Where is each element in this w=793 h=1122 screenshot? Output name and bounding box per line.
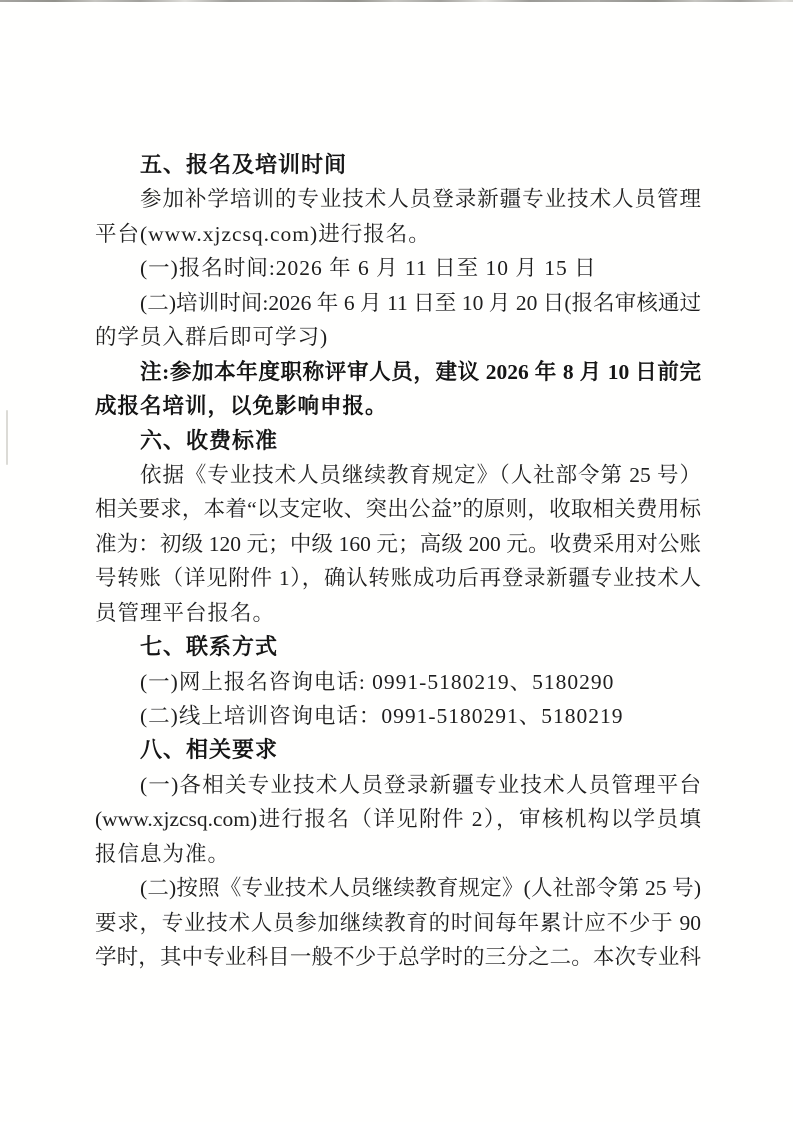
registration-time-item: (一)报名时间:2026 年 6 月 11 日至 10 月 15 日 [95, 251, 701, 285]
requirement-1-line-2: (www.xjzcsq.com)进行报名（详见附件 2），审核机构以学员填 [95, 802, 701, 836]
training-time-item-line-1: (二)培训时间:2026 年 6 月 11 日至 10 月 20 日(报名审核通… [95, 286, 701, 320]
requirement-2-line-1: (二)按照《专业技术人员继续教育规定》(人社部令第 25 号) [95, 871, 701, 905]
document-page: 五、报名及培训时间 参加补学培训的专业技术人员登录新疆专业技术人员管理 平台(w… [0, 0, 793, 1122]
section-5-heading: 五、报名及培训时间 [95, 148, 701, 182]
scan-edge-artifact [0, 0, 793, 2]
training-time-item-line-2: 的学员入群后即可学习) [95, 320, 701, 354]
registration-paragraph-line-2: 平台(www.xjzcsq.com)进行报名。 [95, 217, 701, 251]
section-8-heading: 八、相关要求 [95, 733, 701, 767]
fee-paragraph-line-4: 号转账（详见附件 1），确认转账成功后再登录新疆专业技术人 [95, 561, 701, 595]
deadline-note-line-2: 成报名培训，以免影响申报。 [95, 389, 701, 423]
requirement-1-line-3: 报信息为准。 [95, 837, 701, 871]
contact-online-registration-phone: (一)网上报名咨询电话: 0991-5180219、5180290 [95, 665, 701, 699]
fee-paragraph-line-1: 依据《专业技术人员继续教育规定》（人社部令第 25 号） [95, 458, 701, 492]
document-body: 五、报名及培训时间 参加补学培训的专业技术人员登录新疆专业技术人员管理 平台(w… [95, 148, 701, 975]
requirement-2-line-2: 要求，专业技术人员参加继续教育的时间每年累计应不少于 90 [95, 906, 701, 940]
scan-smudge-artifact [6, 410, 8, 465]
requirement-2-line-3: 学时，其中专业科目一般不少于总学时的三分之二。本次专业科 [95, 940, 701, 974]
fee-paragraph-line-3: 准为：初级 120 元；中级 160 元；高级 200 元。收费采用对公账 [95, 527, 701, 561]
section-7-heading: 七、联系方式 [95, 630, 701, 664]
requirement-1-line-1: (一)各相关专业技术人员登录新疆专业技术人员管理平台 [95, 768, 701, 802]
section-6-heading: 六、收费标准 [95, 424, 701, 458]
deadline-note-line-1: 注:参加本年度职称评审人员，建议 2026 年 8 月 10 日前完 [95, 355, 701, 389]
registration-paragraph-line-1: 参加补学培训的专业技术人员登录新疆专业技术人员管理 [95, 182, 701, 216]
fee-paragraph-line-2: 相关要求，本着“以支定收、突出公益”的原则，收取相关费用标 [95, 492, 701, 526]
contact-online-training-phone: (二)线上培训咨询电话：0991-5180291、5180219 [95, 699, 701, 733]
fee-paragraph-line-5: 员管理平台报名。 [95, 596, 701, 630]
